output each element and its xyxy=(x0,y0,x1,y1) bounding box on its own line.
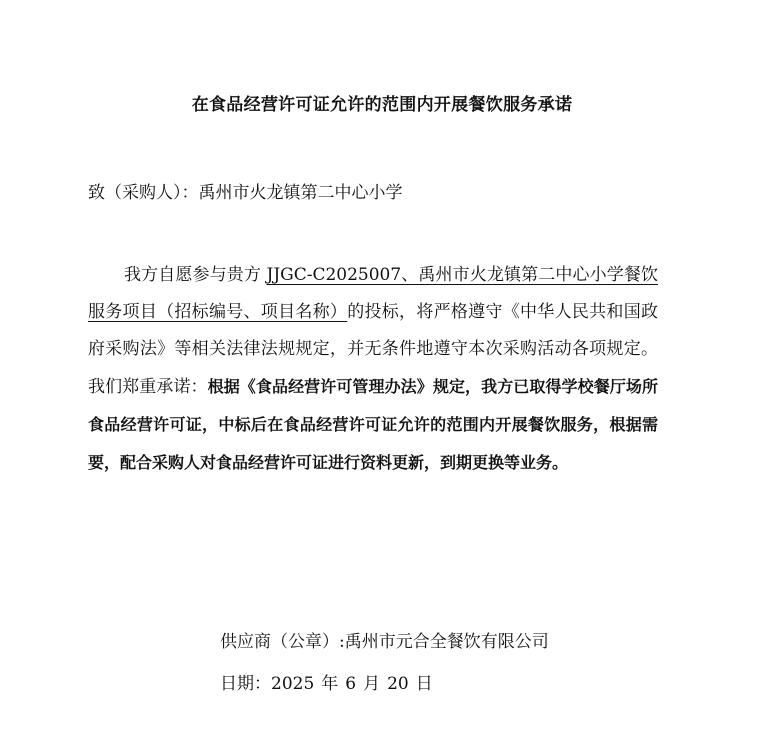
date-year: 2025 xyxy=(271,674,314,694)
recipient-label: 致（采购人）： xyxy=(88,183,199,203)
date-day: 20 xyxy=(387,674,409,694)
document-page: 在食品经营许可证允许的范围内开展餐饮服务承诺 致（采购人）：禹州市火龙镇第二中心… xyxy=(0,0,764,739)
date-month-unit: 月 xyxy=(363,674,380,694)
supplier-name: 禹州市元合全餐饮有限公司 xyxy=(345,632,549,652)
supplier-line: 供应商（公章）:禹州市元合全餐饮有限公司 xyxy=(220,630,549,654)
date-line: 日期：2025年6月20日 xyxy=(220,672,433,696)
date-year-unit: 年 xyxy=(321,674,338,694)
date-month: 6 xyxy=(345,674,356,694)
date-label: 日期： xyxy=(220,674,271,694)
date-day-unit: 日 xyxy=(416,674,433,694)
supplier-label: 供应商（公章）: xyxy=(220,632,345,652)
recipient-line: 致（采购人）：禹州市火龙镇第二中心小学 xyxy=(88,181,403,205)
document-title: 在食品经营许可证允许的范围内开展餐饮服务承诺 xyxy=(0,93,764,117)
commitment-paragraph: 我方自愿参与贵方 JJGC-C2025007、禹州市火龙镇第二中心小学餐饮服务项… xyxy=(88,257,658,482)
recipient-name: 禹州市火龙镇第二中心小学 xyxy=(199,183,403,203)
paragraph-intro: 我方自愿参与贵方 xyxy=(124,265,261,285)
